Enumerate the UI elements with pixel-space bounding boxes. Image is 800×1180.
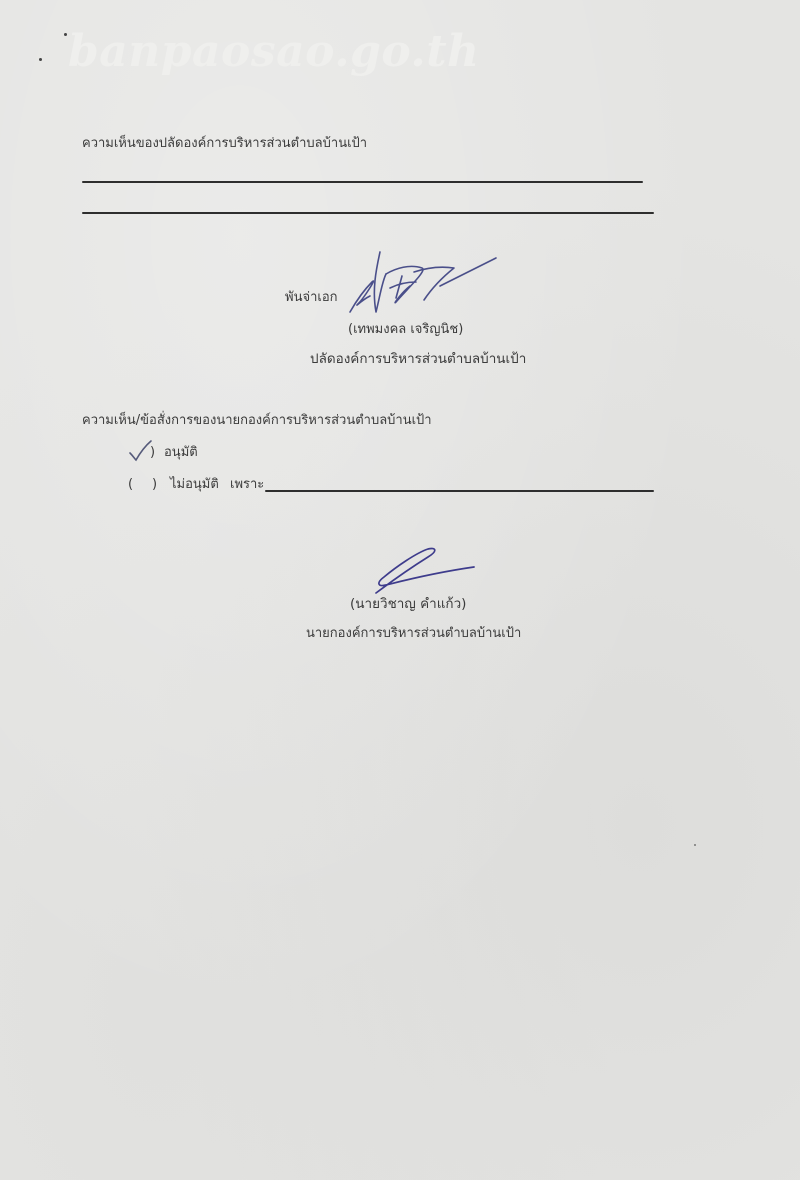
mayor-signer-name: (นายวิชาญ คำแก้ว) (350, 598, 466, 612)
deputy-comment-line-2[interactable] (82, 212, 654, 214)
paper-speck (694, 844, 696, 846)
deputy-rank-label: พันจ่าเอก (285, 291, 338, 304)
approve-label: อนุมัติ (164, 446, 198, 459)
deputy-signer-name: (เทพมงคล เจริญนิช) (348, 323, 463, 336)
disapprove-paren-open: ( (128, 478, 133, 491)
disapprove-reason-label: เพราะ (230, 478, 264, 491)
checkmark-icon (128, 440, 152, 462)
disapprove-label: ไม่อนุมัติ (170, 478, 219, 491)
mayor-comment-heading: ความเห็น/ข้อสั่งการของนายกองค์การบริหารส… (82, 414, 432, 427)
mayor-signature-icon (372, 545, 478, 597)
mayor-signer-position: นายกองค์การบริหารส่วนตำบลบ้านเป้า (306, 627, 521, 640)
disapprove-paren-close: ) (152, 478, 157, 491)
watermark: banpaosao.go.th (68, 26, 480, 77)
paper-speck (39, 58, 42, 61)
disapprove-option[interactable]: ( ) ไม่อนุมัติ เพราะ (128, 476, 268, 494)
deputy-comment-heading: ความเห็นของปลัดองค์การบริหารส่วนตำบลบ้าน… (82, 137, 367, 150)
deputy-signer-position: ปลัดองค์การบริหารส่วนตำบลบ้านเป้า (310, 353, 526, 367)
disapprove-reason-line[interactable] (265, 490, 654, 492)
deputy-comment-line-1[interactable] (82, 181, 643, 183)
deputy-signature-icon (336, 246, 501, 318)
approve-paren-close: ) (150, 446, 155, 459)
paper-speck (64, 33, 67, 36)
approve-option[interactable]: ) อนุมัติ (128, 440, 218, 462)
